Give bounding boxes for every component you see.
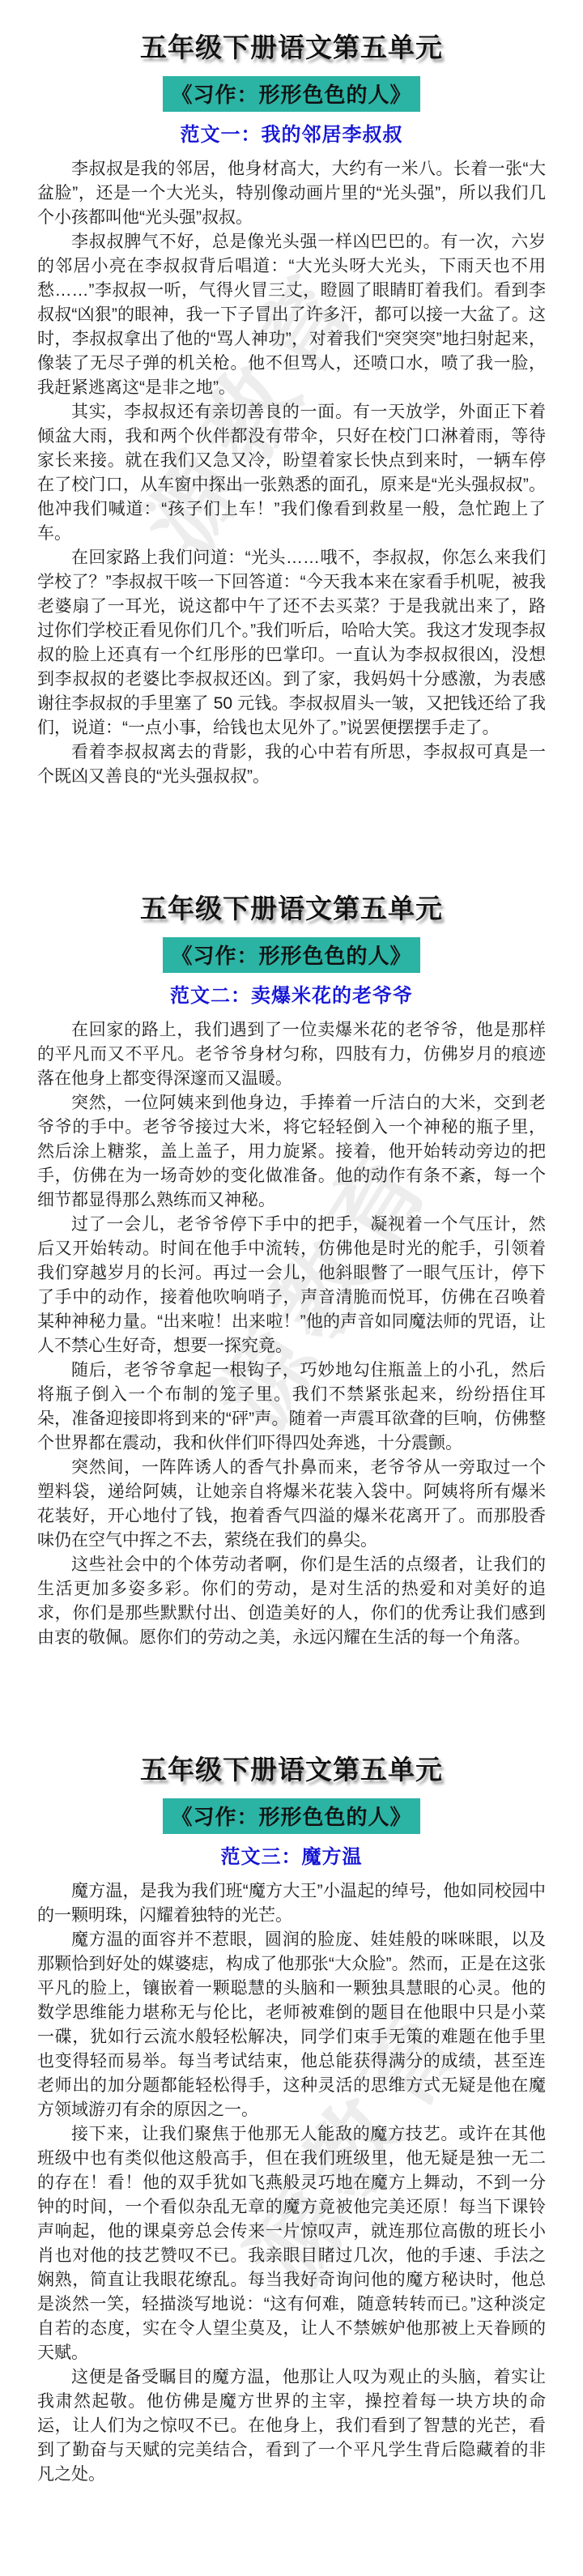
essay-paragraph: 突然，一位阿姨来到他身边，手捧着一斤洁白的大米，交到老爷爷的手中。老爷爷接过大米… — [37, 1091, 546, 1213]
unit-title: 五年级下册语文第五单元 — [37, 27, 546, 65]
unit-title: 五年级下册语文第五单元 — [37, 888, 546, 926]
essay-paragraph: 接下来，让我们聚焦于他那无人能敌的魔方技艺。或许在其他班级中也有类似他这般高手，… — [37, 2122, 546, 2365]
unit-title: 五年级下册语文第五单元 — [37, 1749, 546, 1787]
essay-section-1: 五年级下册语文第五单元 《习作：形形色色的人》 范文一：我的邻居李叔叔 李叔叔是… — [0, 27, 583, 789]
assignment-row: 《习作：形形色色的人》 — [37, 937, 546, 973]
essay-paragraph: 魔方温的面容并不惹眼，圆润的脸庞、娃娃般的咪咪眼，以及那颗恰到好处的媒婆痣，构成… — [37, 1928, 546, 2122]
assignment-highlight: 《习作：形形色色的人》 — [163, 937, 419, 973]
essay-section-2: 五年级下册语文第五单元 《习作：形形色色的人》 范文二：卖爆米花的老爷爷 在回家… — [0, 888, 583, 1650]
assignment-row: 《习作：形形色色的人》 — [37, 76, 546, 112]
essay-section-3: 五年级下册语文第五单元 《习作：形形色色的人》 范文三：魔方温 魔方温，是我为我… — [0, 1749, 583, 2487]
essay-paragraph: 突然间，一阵阵诱人的香气扑鼻而来，老爷爷从一旁取过一个塑料袋，递给阿姨，让她亲自… — [37, 1456, 546, 1553]
assignment-highlight: 《习作：形形色色的人》 — [163, 1798, 419, 1834]
essay-paragraph: 过了一会儿，老爷爷停下手中的把手，凝视着一个气压计，然后又开始转动。时间在他手中… — [37, 1213, 546, 1358]
essay-paragraph: 在回家路上我们问道：“光头……哦不，李叔叔，你怎么来我们学校了？”李叔叔干咳一下… — [37, 546, 546, 740]
essay-paragraph: 这些社会中的个体劳动者啊，你们是生活的点缀者，让我们的生活更加多姿多彩。你们的劳… — [37, 1553, 546, 1650]
essay-paragraph: 李叔叔是我的邻居，他身材高大，大约有一米八。长着一张“大盆脸”，还是一个大光头，… — [37, 157, 546, 230]
essay-title-2: 范文二：卖爆米花的老爷爷 — [37, 979, 546, 1008]
essay-paragraph: 李叔叔脾气不好，总是像光头强一样凶巴巴的。有一次，六岁的邻居小亮在李叔叔背后唱道… — [37, 230, 546, 400]
assignment-row: 《习作：形形色色的人》 — [37, 1798, 546, 1834]
essay-paragraph: 在回家的路上，我们遇到了一位卖爆米花的老爷爷，他是那样的平凡而又不平凡。老爷爷身… — [37, 1018, 546, 1091]
worksheet-page: 源教育 源教育 源教育 五年级下册语文第五单元 《习作：形形色色的人》 范文一：… — [0, 0, 583, 2576]
essay-title-3: 范文三：魔方温 — [37, 1840, 546, 1869]
essay-paragraph: 这便是备受瞩目的魔方温，他那让人叹为观止的头脑，着实让我肃然起敬。他仿佛是魔方世… — [37, 2365, 546, 2487]
essay-paragraph: 魔方温，是我为我们班“魔方大王”小温起的绰号，他如同校园中的一颗明珠，闪耀着独特… — [37, 1879, 546, 1928]
essay-paragraph: 随后，老爷爷拿起一根钩子，巧妙地勾住瓶盖上的小孔，然后将瓶子倒入一个布制的笼子里… — [37, 1358, 546, 1456]
assignment-highlight: 《习作：形形色色的人》 — [163, 76, 419, 112]
essay-title-1: 范文一：我的邻居李叔叔 — [37, 118, 546, 147]
essay-paragraph: 其实，李叔叔还有亲切善良的一面。有一天放学，外面正下着倾盆大雨，我和两个伙伴都没… — [37, 400, 546, 546]
essay-paragraph: 看着李叔叔离去的背影，我的心中若有所思，李叔叔可真是一个既凶又善良的“光头强叔叔… — [37, 740, 546, 789]
